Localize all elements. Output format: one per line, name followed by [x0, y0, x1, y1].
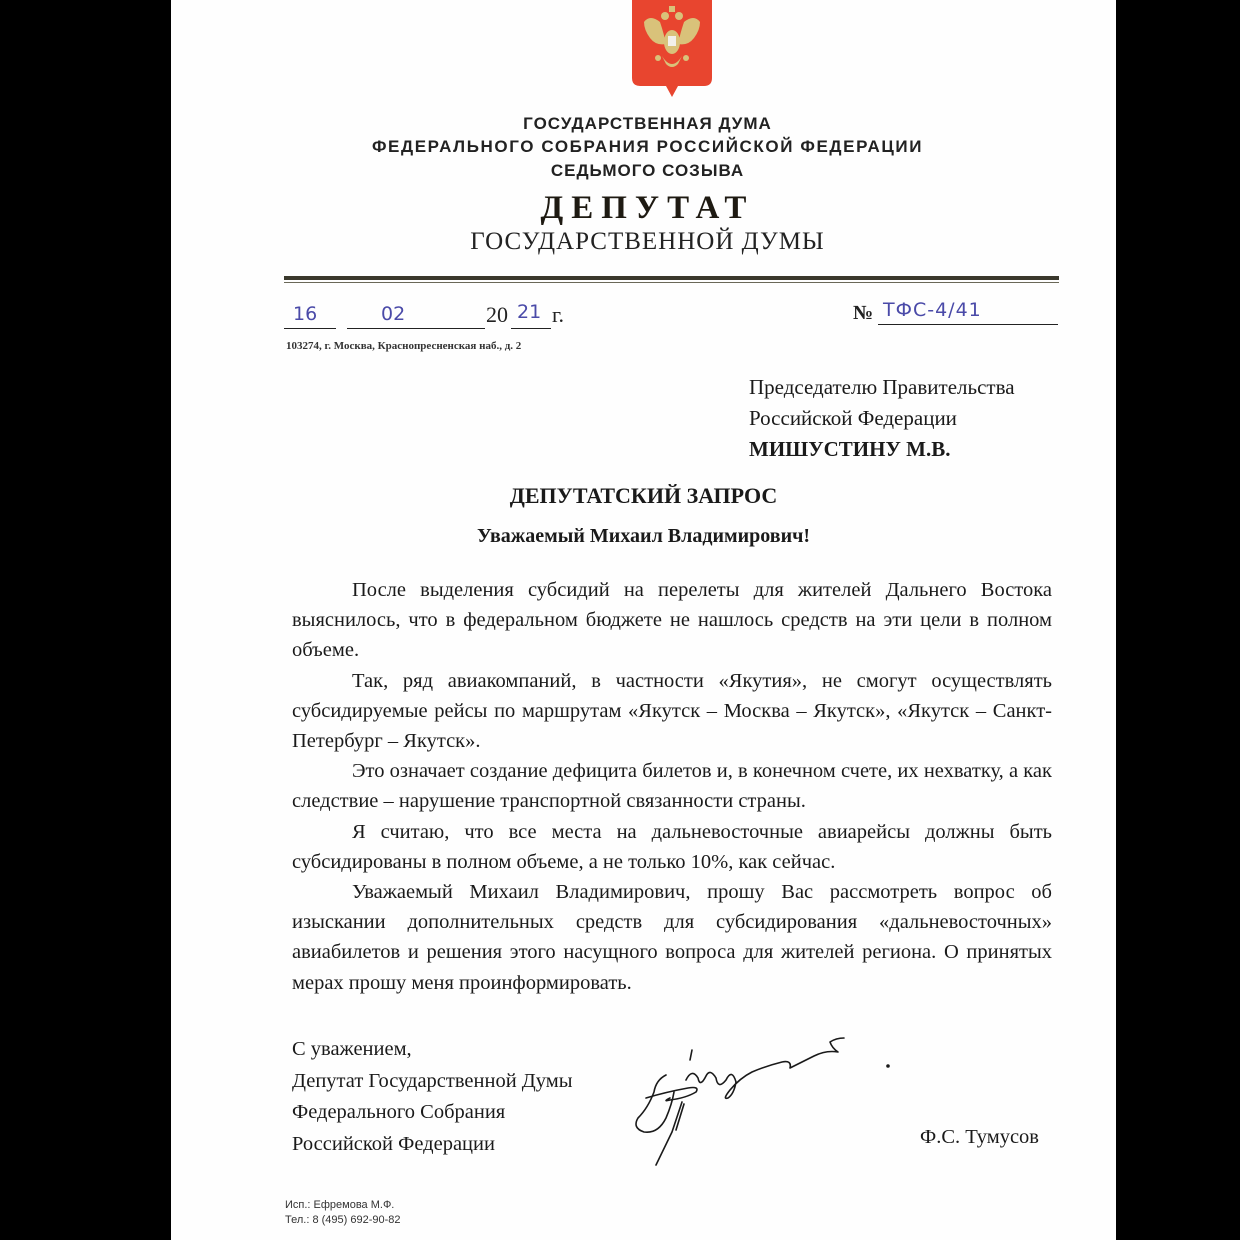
- addressee-line-1: Председателю Правительства: [749, 372, 1015, 403]
- body-paragraph: Я считаю, что все места на дальневосточн…: [292, 817, 1052, 877]
- date-year-unit: г.: [552, 302, 564, 328]
- addressee-name: МИШУСТИНУ М.В.: [749, 434, 1015, 465]
- salutation: Уважаемый Михаил Владимирович!: [171, 525, 1116, 548]
- coat-of-arms-icon: [632, 0, 712, 98]
- handwritten-signature-icon: [626, 1020, 916, 1170]
- letter-page: ГОСУДАРСТВЕННАЯ ДУМА ФЕДЕРАЛЬНОГО СОБРАН…: [171, 0, 1116, 1240]
- addressee-line-2: Российской Федерации: [749, 403, 1015, 434]
- signer-name: Ф.С. Тумусов: [920, 1126, 1039, 1149]
- date-day: 16: [293, 303, 317, 325]
- body-paragraph: Это означает создание дефицита билетов и…: [292, 756, 1052, 816]
- footer-block: Исп.: Ефремова М.Ф. Тел.: 8 (495) 692-90…: [285, 1198, 401, 1228]
- closing-line-1: С уважением,: [292, 1034, 573, 1066]
- letter-body: После выделения субсидий на перелеты для…: [292, 575, 1052, 998]
- number-sign: №: [853, 302, 873, 325]
- letterhead-line-2: ФЕДЕРАЛЬНОГО СОБРАНИЯ РОССИЙСКОЙ ФЕДЕРАЦ…: [175, 137, 1120, 157]
- closing-line-3: Федерального Собрания: [292, 1097, 573, 1129]
- letterhead-line-3: СЕДЬМОГО СОЗЫВА: [175, 161, 1120, 181]
- closing-line-4: Российской Федерации: [292, 1129, 573, 1161]
- date-year-suffix: 21: [517, 301, 541, 323]
- letterhead-title: ДЕПУТАТ: [175, 190, 1120, 227]
- letterhead-subtitle: ГОСУДАРСТВЕННОЙ ДУМЫ: [175, 228, 1120, 256]
- closing-block: С уважением, Депутат Государственной Дум…: [292, 1034, 573, 1160]
- date-year-prefix: 20: [486, 302, 508, 328]
- document-title: ДЕПУТАТСКИЙ ЗАПРОС: [171, 483, 1116, 509]
- body-paragraph: Уважаемый Михаил Владимирович, прошу Вас…: [292, 877, 1052, 998]
- month-blank: [347, 306, 485, 329]
- date-month: 02: [381, 303, 405, 325]
- body-paragraph: Так, ряд авиакомпаний, в частности «Якут…: [292, 666, 1052, 757]
- body-paragraph: После выделения субсидий на перелеты для…: [292, 575, 1052, 666]
- number-value: ТФС-4/41: [883, 299, 982, 321]
- addressee-block: Председателю Правительства Российской Фе…: [749, 372, 1015, 465]
- executor-phone: Тел.: 8 (495) 692-90-82: [285, 1213, 401, 1228]
- header-divider: [284, 276, 1059, 280]
- header-divider-thin: [284, 282, 1059, 283]
- executor-name: Исп.: Ефремова М.Ф.: [285, 1198, 401, 1213]
- closing-line-2: Депутат Государственной Думы: [292, 1066, 573, 1098]
- sender-address: 103274, г. Москва, Краснопресненская наб…: [286, 340, 521, 352]
- letterhead-line-1: ГОСУДАРСТВЕННАЯ ДУМА: [175, 114, 1120, 134]
